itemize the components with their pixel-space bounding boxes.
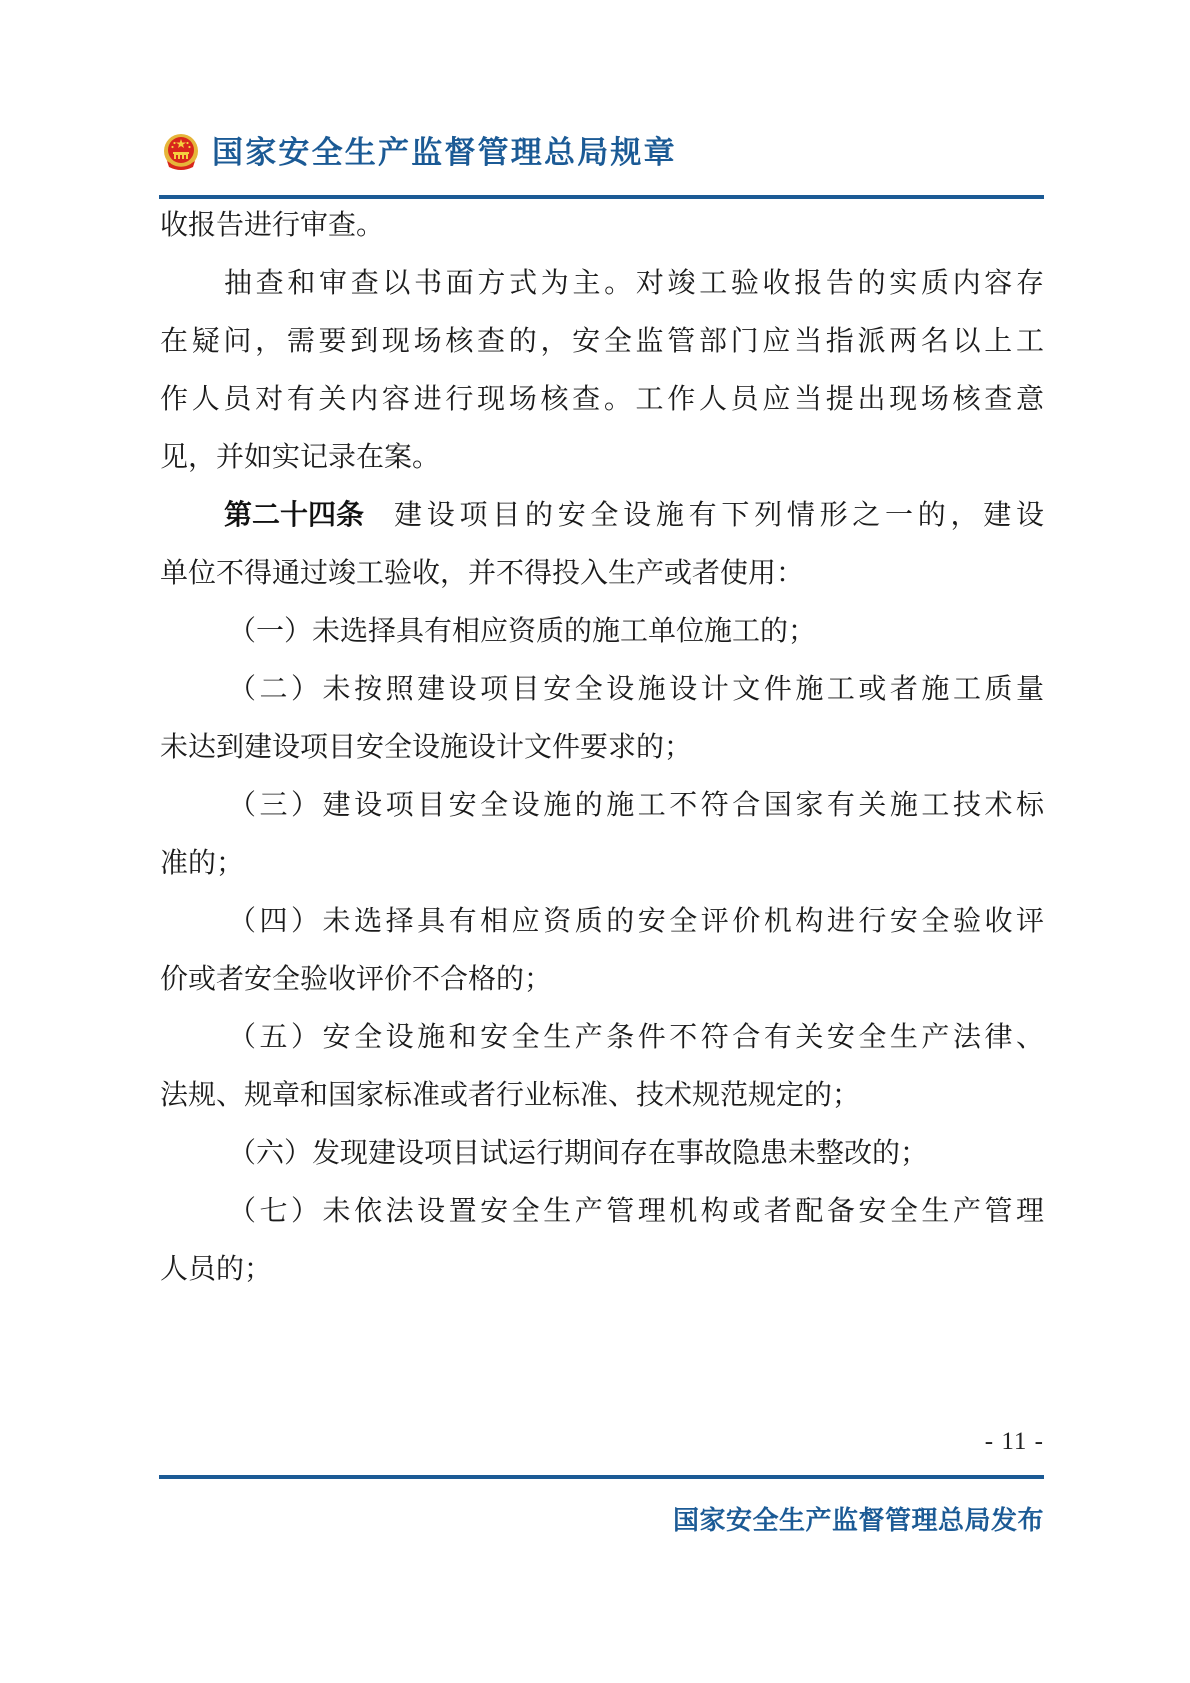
body-line: 在疑问，需要到现场核查的，安全监管部门应当指派两名以上工 bbox=[160, 312, 1044, 370]
body-line: 未达到建设项目安全设施设计文件要求的； bbox=[160, 718, 1044, 776]
body-line: 准的； bbox=[160, 834, 1044, 892]
article-text: 建设项目的安全设施有下列情形之一的，建设 bbox=[394, 486, 1044, 544]
body-line: 收报告进行审查。 bbox=[160, 196, 1044, 254]
body-line: 见，并如实记录在案。 bbox=[160, 428, 1044, 486]
list-item: （六）发现建设项目试运行期间存在事故隐患未整改的； bbox=[160, 1124, 1044, 1182]
list-item: （七）未依法设置安全生产管理机构或者配备安全生产管理 bbox=[160, 1182, 1044, 1240]
page-header: 国家安全生产监督管理总局规章 bbox=[160, 126, 1044, 182]
footer-divider bbox=[159, 1475, 1044, 1479]
list-item: （二）未按照建设项目安全设施设计文件施工或者施工质量 bbox=[160, 660, 1044, 718]
list-item: （一）未选择具有相应资质的施工单位施工的； bbox=[160, 602, 1044, 660]
national-emblem-icon bbox=[163, 133, 199, 173]
header-title: 国家安全生产监督管理总局规章 bbox=[212, 128, 677, 178]
document-page: 国家安全生产监督管理总局规章 收报告进行审查。 抽查和审查以书面方式为主。对竣工… bbox=[0, 0, 1190, 1683]
body-line: 人员的； bbox=[160, 1240, 1044, 1298]
page-number: - 11 - bbox=[880, 1428, 1044, 1456]
article-number: 第二十四条 bbox=[224, 486, 364, 544]
body-line: 价或者安全验收评价不合格的； bbox=[160, 950, 1044, 1008]
body-line: 抽查和审查以书面方式为主。对竣工验收报告的实质内容存 bbox=[160, 254, 1044, 312]
body-line: 法规、规章和国家标准或者行业标准、技术规范规定的； bbox=[160, 1066, 1044, 1124]
body-line: 作人员对有关内容进行现场核查。工作人员应当提出现场核查意 bbox=[160, 370, 1044, 428]
body-line: 单位不得通过竣工验收，并不得投入生产或者使用： bbox=[160, 544, 1044, 602]
list-item: （五）安全设施和安全生产条件不符合有关安全生产法律、 bbox=[160, 1008, 1044, 1066]
footer-publisher: 国家安全生产监督管理总局发布 bbox=[600, 1500, 1044, 1537]
list-item: （三）建设项目安全设施的施工不符合国家有关施工技术标 bbox=[160, 776, 1044, 834]
list-item: （四）未选择具有相应资质的安全评价机构进行安全验收评 bbox=[160, 892, 1044, 950]
article-line: 第二十四条 建设项目的安全设施有下列情形之一的，建设 bbox=[160, 486, 1044, 544]
